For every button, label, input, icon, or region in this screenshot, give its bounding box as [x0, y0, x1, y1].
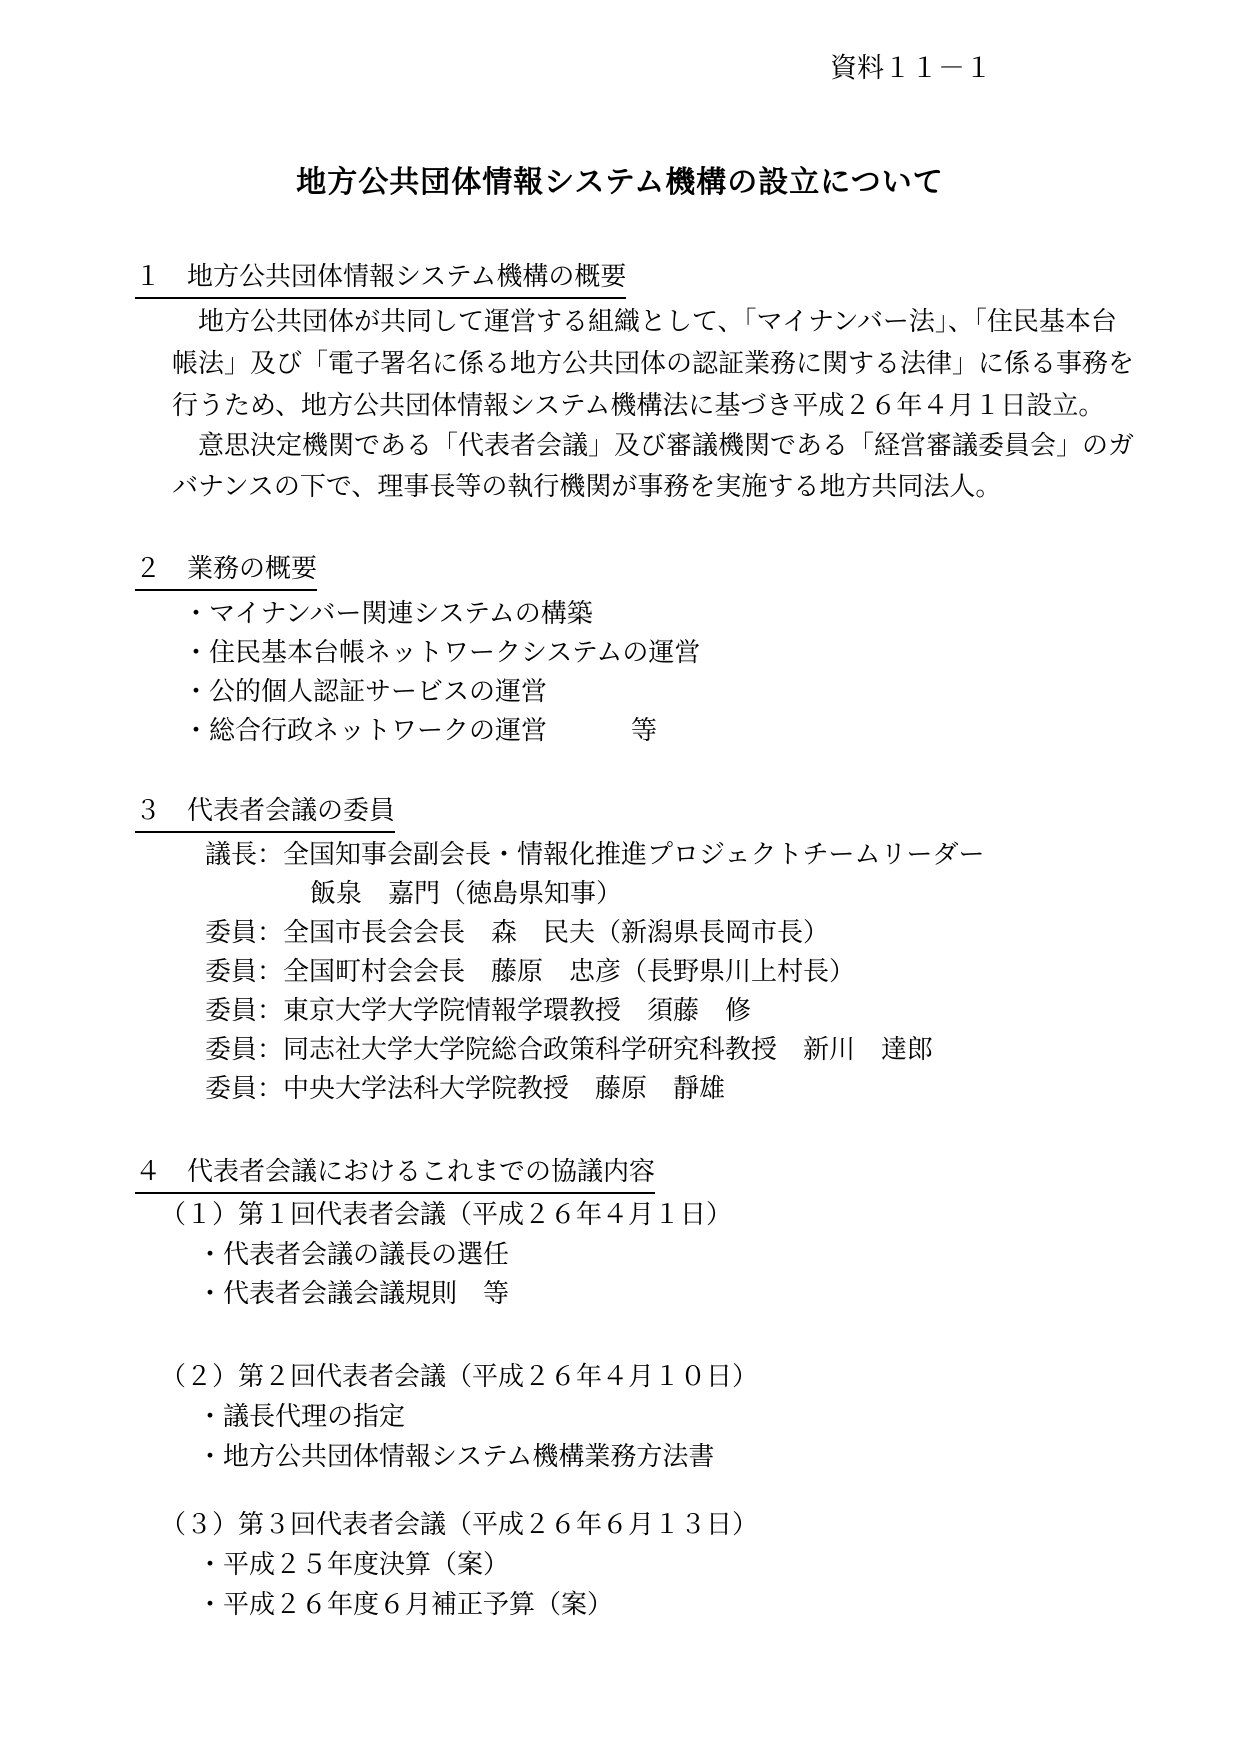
section-2-bullet-item: ・総合行政ネットワークの運営等 [183, 714, 657, 748]
member-line-chair-name: 飯泉 嘉門（徳島県知事） [310, 877, 622, 911]
etc-label: 等 [631, 716, 657, 746]
section-1-heading-text: １ 地方公共団体情報システム機構の概要 [135, 260, 626, 299]
meeting-2-title: （２）第２回代表者会議（平成２６年４月１０日） [160, 1360, 758, 1394]
member-line: 委員：全国市長会会長 森 民夫（新潟県長岡市長） [205, 916, 829, 950]
meeting-1-item: ・代表者会議会議規則 等 [197, 1277, 509, 1311]
meeting-3-item: ・平成２６年度６月補正予算（案） [197, 1588, 613, 1622]
member-line: 委員：東京大学大学院情報学環教授 須藤 修 [205, 994, 751, 1028]
meeting-2-item: ・議長代理の指定 [197, 1400, 405, 1434]
document-title: 地方公共団体情報システム機構の設立について [0, 166, 1240, 200]
section-4-heading: ４ 代表者会議におけるこれまでの協議内容 [135, 1155, 655, 1194]
meeting-3-title: （３）第３回代表者会議（平成２６年６月１３日） [160, 1508, 758, 1542]
meeting-3-item: ・平成２５年度決算（案） [197, 1548, 509, 1582]
section-2-heading: ２ 業務の概要 [135, 552, 317, 591]
member-line: 委員：同志社大学大学院総合政策科学研究科教授 新川 達郎 [205, 1033, 933, 1067]
meeting-2-item: ・地方公共団体情報システム機構業務方法書 [197, 1440, 714, 1474]
section-2-bullet-item: ・マイナンバー関連システムの構築 [183, 597, 593, 631]
member-line: 委員：全国町村会会長 藤原 忠彦（長野県川上村長） [205, 955, 855, 989]
meeting-1-title: （１）第１回代表者会議（平成２６年４月１日） [160, 1198, 732, 1232]
member-line: 委員：中央大学法科大学院教授 藤原 靜雄 [205, 1072, 725, 1106]
section-1-paragraph-line: バナンスの下で、理事長等の執行機関が事務を実施する地方共同法人。 [172, 470, 1001, 504]
section-1-paragraph-line: 帳法」及び「電子署名に係る地方公共団体の認証業務に関する法律」に係る事務を [172, 347, 1134, 381]
section-2-bullet-item: ・住民基本台帳ネットワークシステムの運営 [183, 636, 700, 670]
section-3-heading: ３ 代表者会議の委員 [135, 794, 395, 833]
section-4-heading-text: ４ 代表者会議におけるこれまでの協議内容 [135, 1155, 655, 1194]
section-1-paragraph-line: 地方公共団体が共同して運営する組織として、「マイナンバー法」、「住民基本台 [198, 305, 1117, 339]
meeting-1-item: ・代表者会議の議長の選任 [197, 1238, 509, 1272]
document-page: 資料１１－１ 地方公共団体情報システム機構の設立について １ 地方公共団体情報シ… [0, 0, 1240, 1755]
section-2-heading-text: ２ 業務の概要 [135, 552, 317, 591]
section-3-heading-text: ３ 代表者会議の委員 [135, 794, 395, 833]
section-2-bullet-item-text: ・総合行政ネットワークの運営 [183, 716, 547, 746]
member-line-chair: 議長：全国知事会副会長・情報化推進プロジェクトチームリーダー [205, 838, 984, 872]
section-1-heading: １ 地方公共団体情報システム機構の概要 [135, 260, 626, 299]
section-1-paragraph-line: 行うため、地方公共団体情報システム機構法に基づき平成２６年４月１日設立。 [172, 389, 1104, 423]
section-1-paragraph-line: 意思決定機関である「代表者会議」及び審議機関である「経営審議委員会」のガ [198, 429, 1134, 463]
section-2-bullet-item: ・公的個人認証サービスの運営 [183, 675, 547, 709]
doc-reference-number: 資料１１－１ [830, 52, 992, 86]
